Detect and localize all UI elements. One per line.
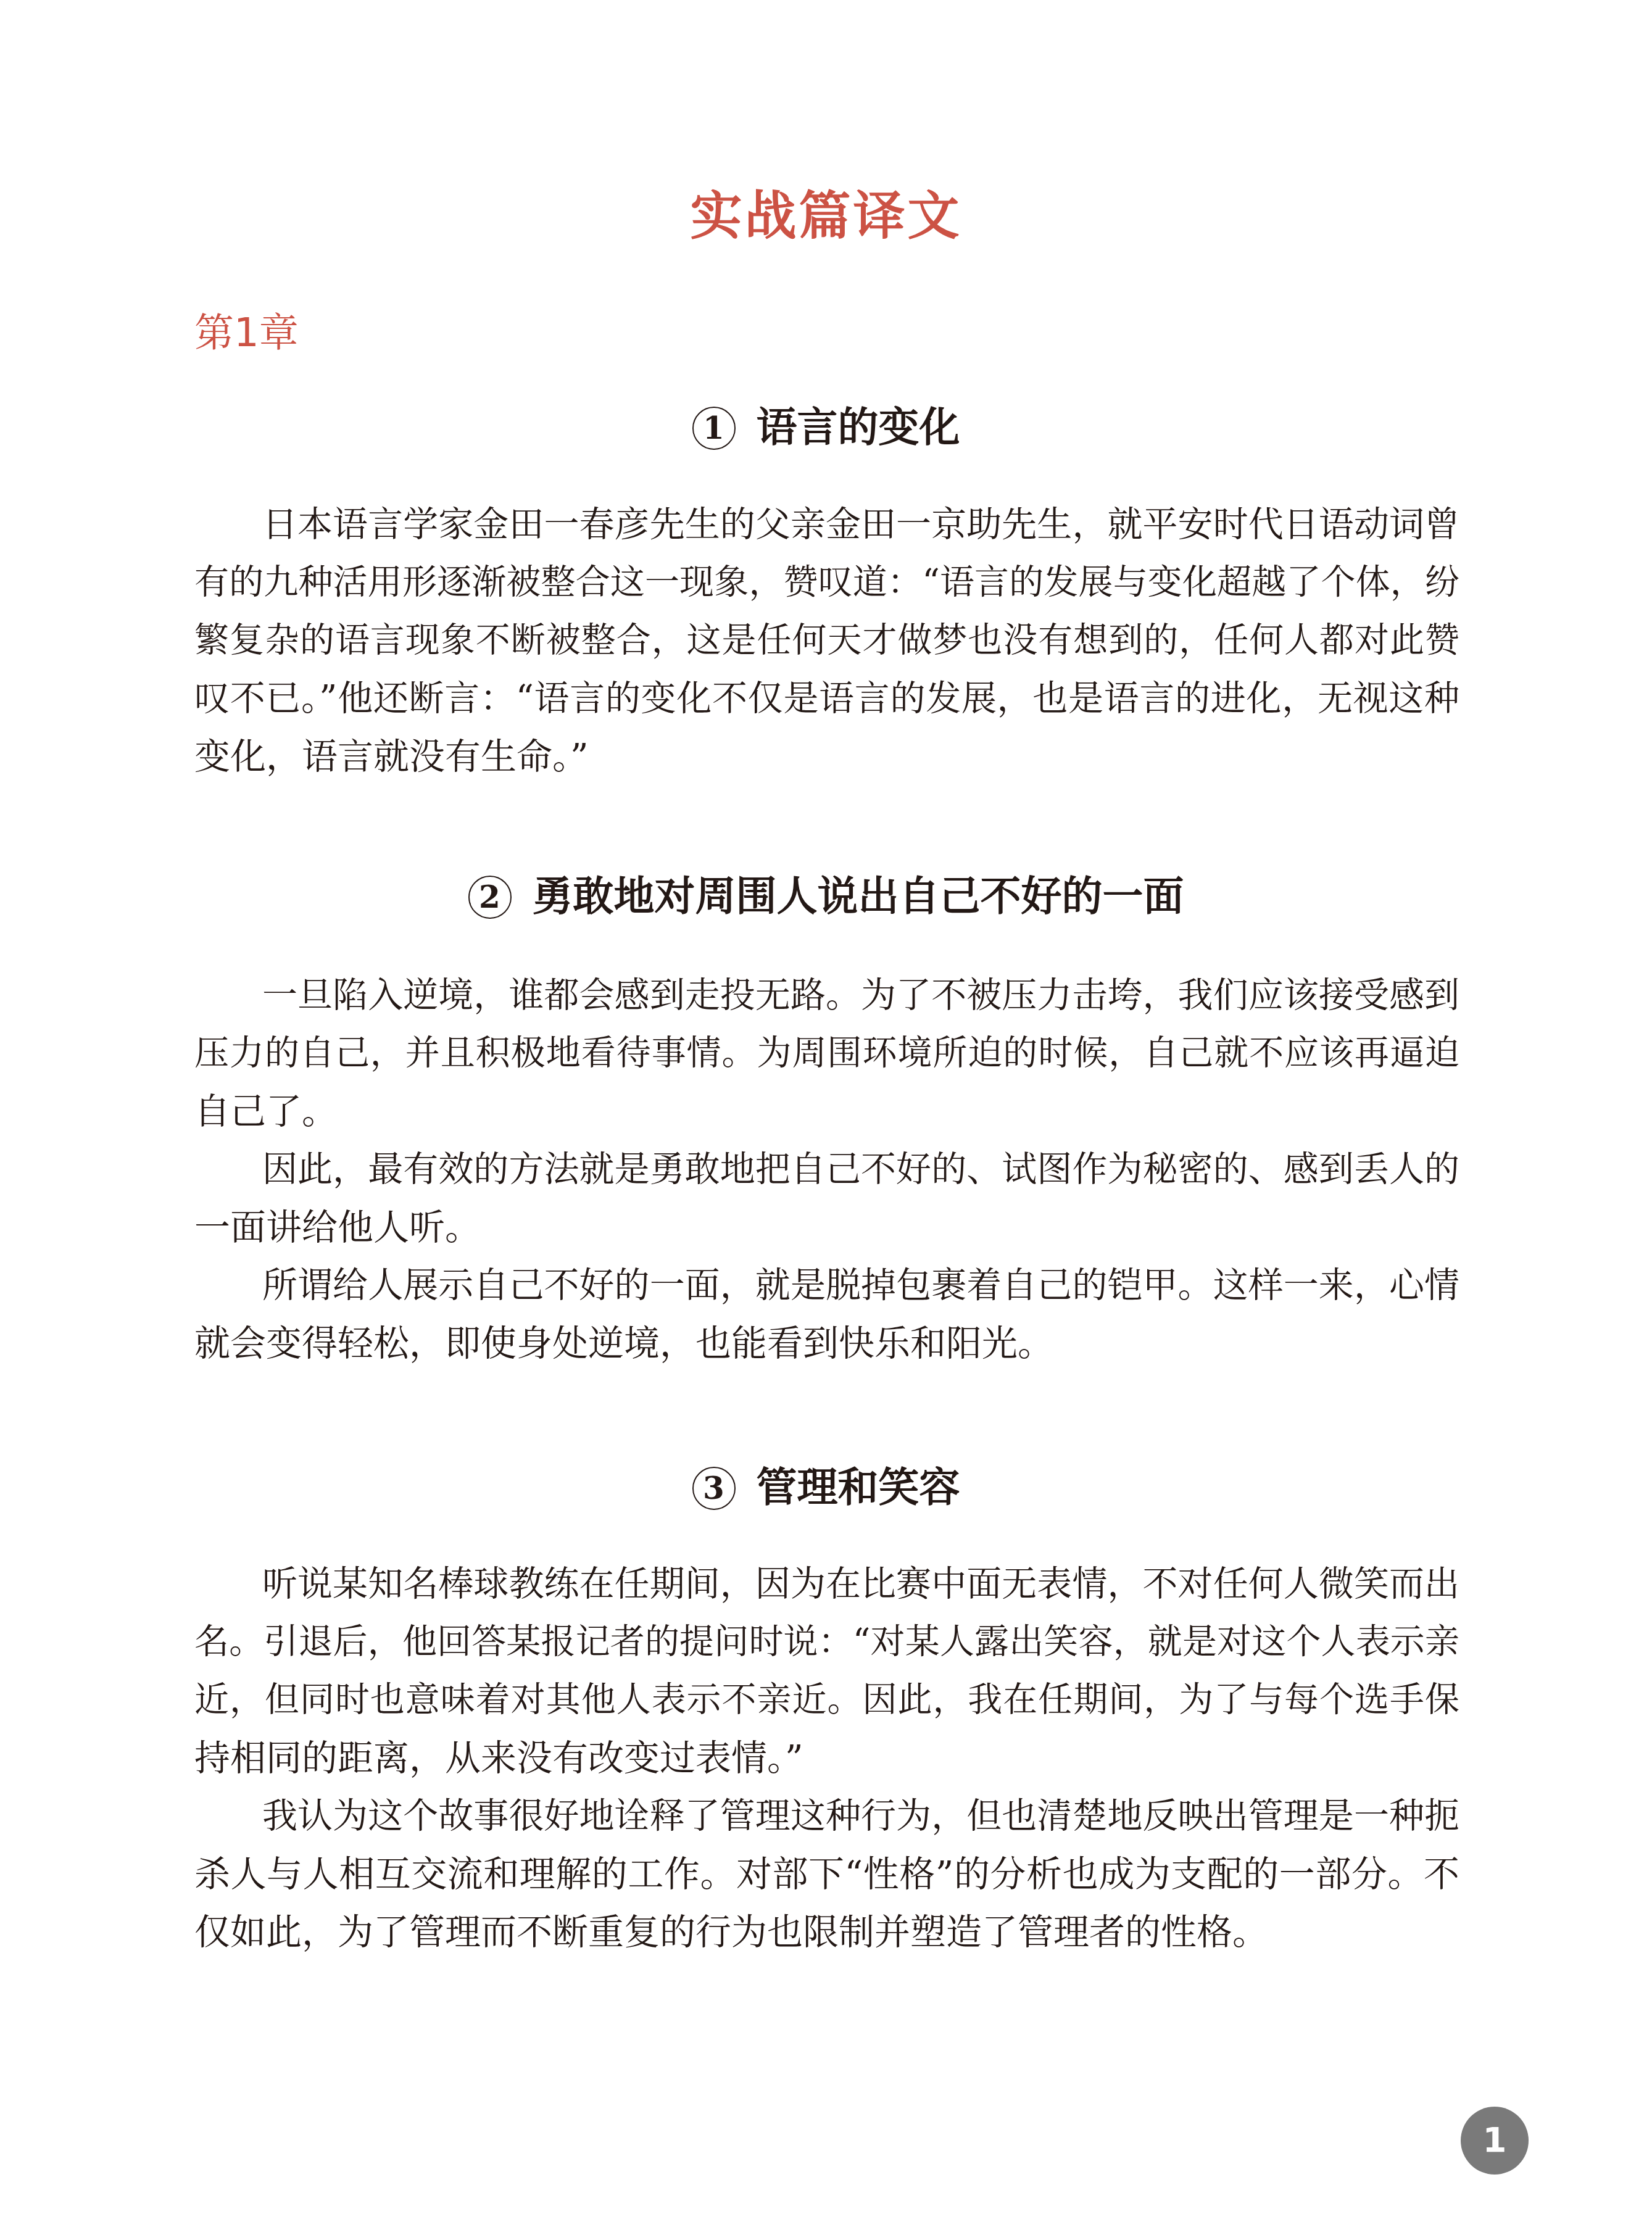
- section-2-body: 一旦陷入逆境，谁都会感到走投无路。为了不被压力击垮，我们应该接受感到 压力的自己…: [194, 966, 1459, 1372]
- paragraph-line: 叹不已。”他还断言：“语言的变化不仅是语言的发展，也是语言的进化，无视这种: [194, 670, 1459, 728]
- paragraph-line: 名。引退后，他回答某报记者的提问时说：“对某人露出笑容，就是对这个人表示亲: [194, 1613, 1459, 1671]
- section-1-body: 日本语言学家金田一春彦先生的父亲金田一京助先生，就平安时代日语动词曾 有的九种活…: [194, 496, 1459, 786]
- paragraph-line: 仅如此，为了管理而不断重复的行为也限制并塑造了管理者的性格。: [194, 1903, 1459, 1961]
- paragraph-line: 压力的自己，并且积极地看待事情。为周围环境所迫的时候，自己就不应该再逼迫: [194, 1024, 1459, 1082]
- paragraph-line: 所谓给人展示自己不好的一面，就是脱掉包裹着自己的铠甲。这样一来，心情: [194, 1256, 1459, 1314]
- section-title: 语言的变化: [757, 403, 960, 451]
- paragraph-line: 自己了。: [194, 1082, 1459, 1140]
- paragraph-line: 变化，语言就没有生命。”: [194, 728, 1459, 786]
- paragraph-line: 日本语言学家金田一春彦先生的父亲金田一京助先生，就平安时代日语动词曾: [194, 496, 1459, 554]
- section-heading-3: 3管理和笑容: [0, 1462, 1652, 1512]
- section-title: 管理和笑容: [757, 1463, 960, 1511]
- paragraph-line: 杀人与人相互交流和理解的工作。对部下“性格”的分析也成为支配的一部分。不: [194, 1845, 1459, 1903]
- paragraph-line: 我认为这个故事很好地诠释了管理这种行为，但也清楚地反映出管理是一种扼: [194, 1787, 1459, 1845]
- paragraph-line: 听说某知名棒球教练在任期间，因为在比赛中面无表情，不对任何人微笑而出: [194, 1555, 1459, 1613]
- paragraph-line: 一面讲给他人听。: [194, 1198, 1459, 1256]
- circled-number-icon: 2: [468, 876, 512, 919]
- circled-number-icon: 1: [692, 407, 736, 450]
- circled-number-icon: 3: [692, 1467, 736, 1510]
- paragraph-line: 一旦陷入逆境，谁都会感到走投无路。为了不被压力击垮，我们应该接受感到: [194, 966, 1459, 1024]
- page-title: 实战篇译文: [0, 185, 1652, 247]
- paragraph-line: 近，但同时也意味着对其他人表示不亲近。因此，我在任期间，为了与每个选手保: [194, 1671, 1459, 1729]
- page-number-badge: 1: [1461, 2107, 1529, 2175]
- paragraph-line: 有的九种活用形逐渐被整合这一现象，赞叹道：“语言的发展与变化超越了个体，纷: [194, 554, 1459, 612]
- paragraph-line: 持相同的距离，从来没有改变过表情。”: [194, 1729, 1459, 1787]
- section-title: 勇敢地对周围人说出自己不好的一面: [533, 872, 1184, 920]
- section-heading-1: 1语言的变化: [0, 402, 1652, 452]
- section-3-body: 听说某知名棒球教练在任期间，因为在比赛中面无表情，不对任何人微笑而出 名。引退后…: [194, 1555, 1459, 1961]
- paragraph-line: 因此，最有效的方法就是勇敢地把自己不好的、试图作为秘密的、感到丢人的: [194, 1140, 1459, 1198]
- chapter-label: 第1章: [194, 309, 299, 358]
- section-heading-2: 2勇敢地对周围人说出自己不好的一面: [0, 871, 1652, 921]
- paragraph-line: 就会变得轻松，即使身处逆境，也能看到快乐和阳光。: [194, 1314, 1459, 1372]
- paragraph-line: 繁复杂的语言现象不断被整合，这是任何天才做梦也没有想到的，任何人都对此赞: [194, 612, 1459, 670]
